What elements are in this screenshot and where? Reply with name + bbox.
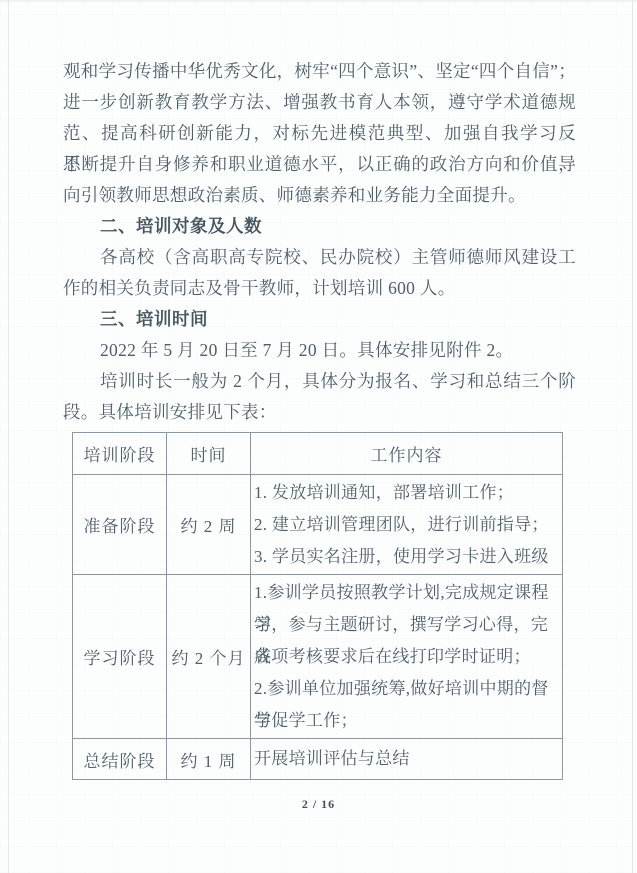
table-row-preparation: 准备阶段 约 2 周 1. 发放培训通知，部署培训工作； 2. 建立培训管理团队… xyxy=(73,475,563,575)
task-line: 各项考核要求后在线打印学时证明； xyxy=(254,641,559,673)
body-line: 段。具体培训安排见下表： xyxy=(63,397,576,428)
time-cell: 约 2 个月 xyxy=(167,575,251,739)
body-line: 作的相关负责同志及骨干教师，计划培训 600 人。 xyxy=(63,273,576,304)
paragraph-audience: 各高校（含高职高专院校、民办院校）主管师德师风建设工 作的相关负责同志及骨干教师… xyxy=(63,242,576,304)
task-line: 3. 学员实名注册，使用学习卡进入班级 xyxy=(254,541,559,573)
column-header-stage: 培训阶段 xyxy=(73,433,167,475)
time-cell: 约 2 周 xyxy=(167,475,251,575)
stage-cell: 总结阶段 xyxy=(73,739,167,780)
body-line: 各高校（含高职高专院校、民办院校）主管师德师风建设工 xyxy=(63,242,576,273)
paragraph-continued: 观和学习传播中华优秀文化，树牢“四个意识”、坚定“四个自信”； 进一步创新教育教… xyxy=(63,56,576,211)
content-cell: 开展培训评估与总结 xyxy=(251,739,563,780)
column-header-time: 时间 xyxy=(167,433,251,475)
body-line: 观和学习传播中华优秀文化，树牢“四个意识”、坚定“四个自信”； xyxy=(63,56,576,87)
paragraph-dates: 2022 年 5 月 20 日至 7 月 20 日。具体安排见附件 2。 xyxy=(63,335,576,366)
page-top-edge xyxy=(0,0,637,2)
content-cell: 1. 发放培训通知，部署培训工作； 2. 建立培训管理团队，进行训前指导； 3.… xyxy=(251,475,563,575)
time-cell: 约 1 周 xyxy=(167,739,251,780)
task-line: 1.参训学员按照教学计划,完成规定课程学 xyxy=(254,577,559,609)
table-row-learning: 学习阶段 约 2 个月 1.参训学员按照教学计划,完成规定课程学 习，参与主题研… xyxy=(73,575,563,739)
stage-cell: 准备阶段 xyxy=(73,475,167,575)
page-left-edge xyxy=(8,0,9,873)
column-header-content: 工作内容 xyxy=(251,433,563,475)
stage-cell: 学习阶段 xyxy=(73,575,167,739)
task-line: 1. 发放培训通知，部署培训工作； xyxy=(254,477,559,509)
table-row-summary: 总结阶段 约 1 周 开展培训评估与总结 xyxy=(73,739,563,780)
task-line: 习，参与主题研讨，撰写学习心得，完成 xyxy=(254,609,559,641)
task-line: 2.参训单位加强统筹,做好培训中期的督学 xyxy=(254,673,559,705)
body-line: 范、提高科研创新能力，对标先进模范典型、加强自我学习反思， xyxy=(63,118,576,149)
table-header-row: 培训阶段 时间 工作内容 xyxy=(73,433,563,475)
paragraph-duration: 培训时长一般为 2 个月，具体分为报名、学习和总结三个阶 段。具体培训安排见下表… xyxy=(63,366,576,428)
body-line: 培训时长一般为 2 个月，具体分为报名、学习和总结三个阶 xyxy=(63,366,576,397)
document-body: 观和学习传播中华优秀文化，树牢“四个意识”、坚定“四个自信”； 进一步创新教育教… xyxy=(63,56,576,780)
body-line: 不断提升自身修养和职业道德水平，以正确的政治方向和价值导 xyxy=(63,149,576,180)
task-line: 2. 建立培训管理团队，进行训前指导； xyxy=(254,509,559,541)
body-line: 进一步创新教育教学方法、增强教书育人本领，遵守学术道德规 xyxy=(63,87,576,118)
section-heading-2: 二、培训对象及人数 xyxy=(63,211,576,242)
page-right-edge xyxy=(632,0,633,873)
task-line: 与促学工作； xyxy=(254,705,559,737)
training-schedule-table: 培训阶段 时间 工作内容 准备阶段 约 2 周 1. 发放培训通知，部署培训工作… xyxy=(72,432,563,780)
content-cell: 1.参训学员按照教学计划,完成规定课程学 习，参与主题研讨，撰写学习心得，完成 … xyxy=(251,575,563,739)
section-heading-3: 三、培训时间 xyxy=(63,304,576,335)
page-number: 2 / 16 xyxy=(0,797,637,812)
body-line: 向引领教师思想政治素质、师德素养和业务能力全面提升。 xyxy=(63,180,576,211)
task-line: 开展培训评估与总结 xyxy=(254,743,559,775)
